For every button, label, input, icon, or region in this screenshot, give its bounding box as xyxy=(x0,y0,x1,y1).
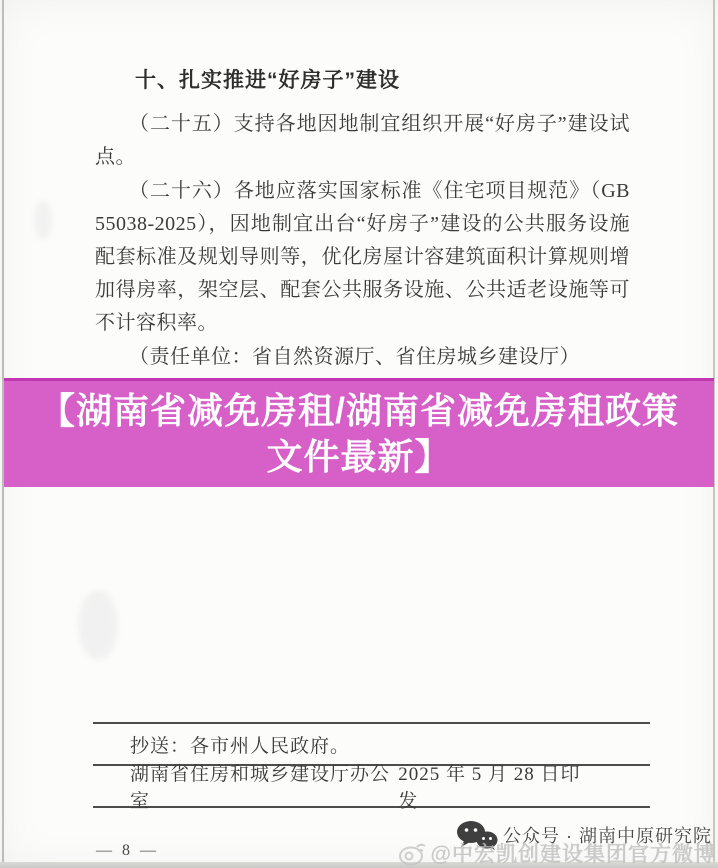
scan-smudge xyxy=(78,590,118,660)
page-number: — 8 — xyxy=(96,842,159,860)
document-footer-table: 抄送：各市州人民政府。 湖南省住房和城乡建设厅办公室 2025 年 5 月 28… xyxy=(93,722,650,808)
promo-banner: 【湖南省减免房租/湖南省减免房租政策文件最新】 xyxy=(4,378,714,487)
weibo-watermark: @中宏凯创建设集团官方微博 xyxy=(397,838,716,868)
issue-date-text: 2025 年 5 月 28 日印发 xyxy=(398,759,592,813)
section-heading: 十、扎实推进“好房子”建设 xyxy=(135,64,630,94)
promo-banner-title: 【湖南省减免房租/湖南省减免房租政策文件最新】 xyxy=(32,388,686,480)
scanned-document-page: 十、扎实推进“好房子”建设 （二十五）支持各地因地制宜组织开展“好房子”建设试点… xyxy=(0,0,718,868)
watermark-text: @中宏凯创建设集团官方微博 xyxy=(431,838,716,868)
weibo-icon xyxy=(397,839,427,867)
paragraph: （二十五）支持各地因地制宜组织开展“好房子”建设试点。 xyxy=(95,108,630,174)
table-row: 湖南省住房和城乡建设厅办公室 2025 年 5 月 28 日印发 xyxy=(93,766,650,808)
cc-text: 抄送：各市州人民政府。 xyxy=(130,731,350,758)
responsibility-paragraph: （责任单位：省自然资源厅、省住房城乡建设厅） xyxy=(95,341,630,374)
issuer-text: 湖南省住房和城乡建设厅办公室 xyxy=(130,759,398,813)
paragraph: （二十六）各地应落实国家标准《住宅项目规范》（GB 55038-2025），因地… xyxy=(95,175,630,340)
scan-smudge xyxy=(34,200,52,240)
